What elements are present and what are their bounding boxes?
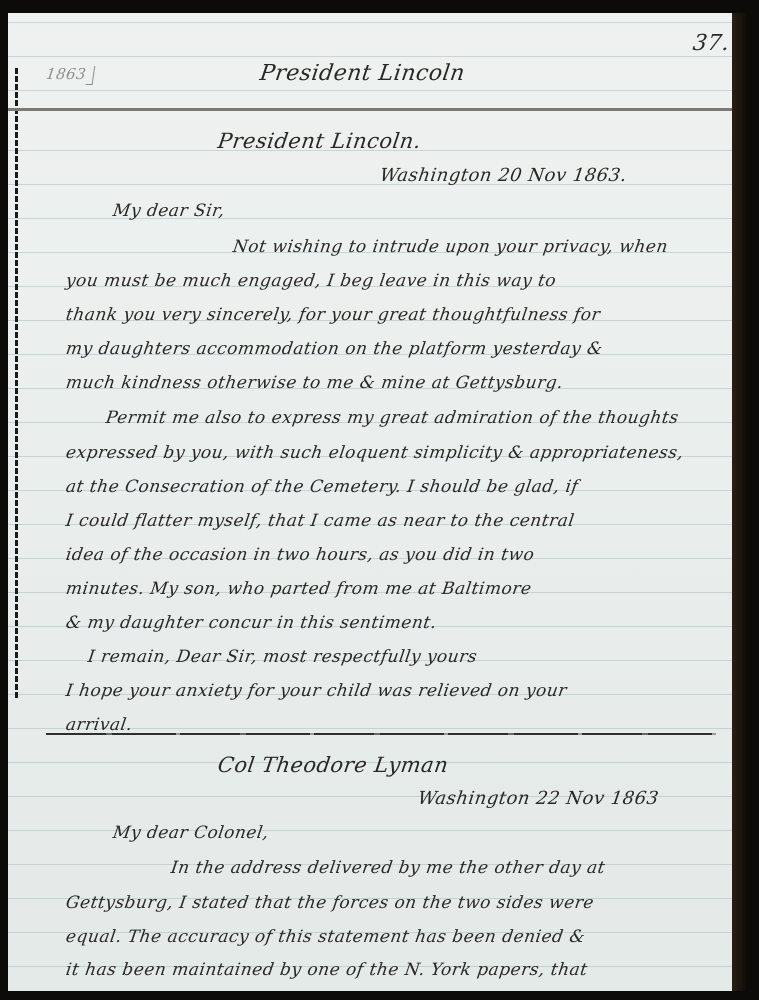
- letter-2-salutation: My dear Colonel,: [112, 823, 271, 843]
- letter-2-addressee: Col Theodore Lyman: [216, 753, 450, 777]
- letter-2-line: In the address delivered by me the other…: [170, 858, 607, 878]
- letter-divider: [46, 733, 716, 735]
- letter-1-line: idea of the occasion in two hours, as yo…: [65, 545, 536, 565]
- letter-1-line: you must be much engaged, I beg leave in…: [65, 271, 558, 291]
- letter-1-line: minutes. My son, who parted from me at B…: [65, 579, 533, 599]
- bracket-mark: [86, 66, 96, 85]
- letter-1-dateline: Washington 20 Nov 1863.: [379, 165, 629, 186]
- letter-1-line: Not wishing to intrude upon your privacy…: [232, 237, 670, 257]
- archive-year: 1863: [45, 65, 88, 83]
- letterbook-page: 1863 President Lincoln 37. President Lin…: [8, 13, 746, 991]
- letter-1-salutation: My dear Sir,: [112, 201, 227, 221]
- letter-1-closing: I remain, Dear Sir, most respectfully yo…: [87, 647, 479, 667]
- page-number: 37.: [691, 31, 731, 56]
- letter-1-line: at the Consecration of the Cemetery. I s…: [65, 477, 580, 497]
- header-rule: [8, 108, 732, 111]
- book-spine-edge: [732, 13, 746, 991]
- running-head: President Lincoln: [258, 61, 466, 86]
- letter-1-postscript: I hope your anxiety for your child was r…: [65, 681, 569, 701]
- letter-1-postscript: arrival.: [65, 715, 134, 735]
- letter-1-line: I could flatter myself, that I came as n…: [65, 511, 576, 531]
- archive-year-note: 1863: [45, 65, 96, 85]
- ruled-lines: [8, 13, 732, 991]
- letter-1-line: my daughters accommodation on the platfo…: [65, 339, 605, 359]
- letter-1-addressee: President Lincoln.: [216, 129, 422, 153]
- letter-2-line: Gettysburg, I stated that the forces on …: [65, 893, 596, 913]
- letter-2-line: equal. The accuracy of this statement ha…: [65, 927, 587, 947]
- letter-1-line: much kindness otherwise to me & mine at …: [65, 373, 565, 393]
- letter-1-line: & my daughter concur in this sentiment.: [65, 613, 438, 633]
- letter-2-dateline: Washington 22 Nov 1863: [417, 788, 661, 809]
- letter-1-line: expressed by you, with such eloquent sim…: [65, 443, 685, 463]
- binding-stitch: [15, 68, 18, 698]
- letter-2-line: it has been maintained by one of the N. …: [65, 960, 589, 980]
- letter-1-line: Permit me also to express my great admir…: [105, 408, 680, 428]
- letter-1-line: thank you very sincerely, for your great…: [65, 305, 602, 325]
